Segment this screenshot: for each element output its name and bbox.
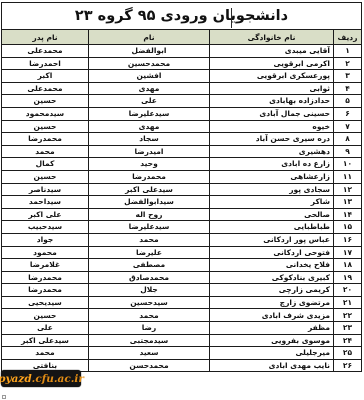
table-row: ۸دره سیری حسن آبادسجادمحمدرضا [1,133,361,146]
last-name-cell: خیوه [210,120,334,133]
last-name-cell: مزیدی شرف ابادی [210,309,334,322]
table-row: ۴ثوابیمهدیمحمدعلی [1,82,361,95]
column-header-first-name: نام [89,30,210,45]
row-number-cell: ۱۳ [334,196,362,209]
first-name-cell: روح اله [89,208,210,221]
row-number-cell: ۵ [334,95,362,108]
father-name-cell: محمدرضا [1,284,88,297]
row-number-cell: ۱۱ [334,170,362,183]
first-name-cell: محمد [89,233,210,246]
first-name-cell: محمدصادق [89,271,210,284]
table-row: ۱۸فلاح یخدانیمصطفیغلامرضا [1,259,361,272]
last-name-cell: نایب مهدی ابادی [210,359,334,372]
father-name-cell: علی اکبر [1,208,88,221]
last-name-cell: صالحی [210,208,334,221]
first-name-cell: محمدرضا [89,170,210,183]
watermark-primary-text: pyazd [0,373,32,385]
last-name-cell: اکرمی ابرقویی [210,57,334,70]
last-name-cell: ثوابی [210,82,334,95]
table-row: ۱۹کبیری بنادکوکیمحمدصادقمحمدرضا [1,271,361,284]
document-page: دانشجویان ورودی ۹۵ گروه ۲۳ ردیف نام خانو… [0,0,364,400]
father-name-cell: سیدمحمود [1,107,88,120]
table-row: ۱۷فتوحی اردکانیعلیرضامحمود [1,246,361,259]
row-number-cell: ۲۶ [334,359,362,372]
father-name-cell: کمال [1,158,88,171]
father-name-cell: حسین [1,309,88,322]
father-name-cell: محمدعلی [1,45,88,58]
table-row: ۱۵طباطباییسیدعلیرضاسیدحبیب [1,221,361,234]
last-name-cell: مظفر [210,322,334,335]
father-name-cell: حسین [1,120,88,133]
row-number-cell: ۱۲ [334,183,362,196]
first-name-cell: وحید [89,158,210,171]
father-name-cell: محمدرضا [1,133,88,146]
row-number-cell: ۲۵ [334,347,362,360]
father-name-cell: حسین [1,95,88,108]
father-name-cell: سیدحبیب [1,221,88,234]
last-name-cell: طباطبایی [210,221,334,234]
table-row: ۵حدادزاده بهابادیعلیحسین [1,95,361,108]
father-name-cell: حسین [1,170,88,183]
first-name-cell: سعید [89,347,210,360]
table-row: ۲۰کریمی زارچیجلالمحمدرضا [1,284,361,297]
father-name-cell: احمدرضا [1,57,88,70]
first-name-cell: محمدحسن [89,359,210,372]
row-number-cell: ۹ [334,145,362,158]
father-name-cell: غلامرضا [1,259,88,272]
table-row: ۲۵میرجلیلیسعیدمحمد [1,347,361,360]
table-row: ۳پورعسکری ابرقوییافشیناکبر [1,70,361,83]
column-header-last-name: نام خانوادگی [210,30,334,45]
row-number-cell: ۱۸ [334,259,362,272]
first-name-cell: سیدحسین [89,296,210,309]
row-number-cell: ۱۶ [334,233,362,246]
row-number-cell: ۱ [334,45,362,58]
first-name-cell: محمدحسین [89,57,210,70]
row-number-cell: ۲۴ [334,334,362,347]
first-name-cell: مهدی [89,120,210,133]
student-table: دانشجویان ورودی ۹۵ گروه ۲۳ ردیف نام خانو… [1,2,362,372]
title-row: دانشجویان ورودی ۹۵ گروه ۲۳ [1,3,361,30]
table-row: ۲۲مزیدی شرف ابادیمحمدحسین [1,309,361,322]
father-name-cell: جواد [1,233,88,246]
table-row: ۶حسینی جمال آبادیسیدعلیرضاسیدمحمود [1,107,361,120]
table-row: ۲اکرمی ابرقوییمحمدحسیناحمدرضا [1,57,361,70]
father-name-cell: سیدعلی اکبر [1,334,88,347]
first-name-cell: رضا [89,322,210,335]
row-number-cell: ۲۳ [334,322,362,335]
last-name-cell: دره سیری حسن آباد [210,133,334,146]
table-row: ۱۶عباس پور اردکانیمحمدجواد [1,233,361,246]
first-name-cell: علیرضا [89,246,210,259]
father-name-cell: علی [1,322,88,335]
column-header-row-number: ردیف [334,30,362,45]
last-name-cell: میرجلیلی [210,347,334,360]
last-name-cell: عباس پور اردکانی [210,233,334,246]
last-name-cell: دهشیری [210,145,334,158]
last-name-cell: حدادزاده بهابادی [210,95,334,108]
last-name-cell: زارعشاهی [210,170,334,183]
first-name-cell: سیدعلیرضا [89,221,210,234]
table-row: ۱آقایی میبدیابوالفضلمحمدعلی [1,45,361,58]
row-number-cell: ۱۰ [334,158,362,171]
page-title: دانشجویان ورودی ۹۵ گروه ۲۳ [1,3,361,30]
first-name-cell: ابوالفضل [89,45,210,58]
first-name-cell: مصطفی [89,259,210,272]
text-cursor [231,8,232,28]
last-name-cell: فلاح یخدانی [210,259,334,272]
last-name-cell: موسوی بفرویی [210,334,334,347]
row-number-cell: ۷ [334,120,362,133]
row-number-cell: ۶ [334,107,362,120]
row-number-cell: ۲۰ [334,284,362,297]
last-name-cell: زارع ده ابادی [210,158,334,171]
watermark-badge: pyazd.cfu.ac.ir [1,370,81,387]
row-number-cell: ۴ [334,82,362,95]
first-name-cell: افشین [89,70,210,83]
father-name-cell: سیدناصر [1,183,88,196]
row-number-cell: ۱۵ [334,221,362,234]
row-number-cell: ۲ [334,57,362,70]
first-name-cell: سجاد [89,133,210,146]
first-name-cell: محمد [89,309,210,322]
first-name-cell: سیدعلی اکبر [89,183,210,196]
father-name-cell: اکبر [1,70,88,83]
first-name-cell: سیدمجتبی [89,334,210,347]
table-row: ۲۱مرتضوی زارچسیدحسینسیدیحیی [1,296,361,309]
father-name-cell: محمد [1,347,88,360]
last-name-cell: سجادی پور [210,183,334,196]
last-name-cell: کبیری بنادکوکی [210,271,334,284]
father-name-cell: سیداحمد [1,196,88,209]
table-header-row: ردیف نام خانوادگی نام نام پدر [1,30,361,45]
first-name-cell: امیدرضا [89,145,210,158]
father-name-cell: محمدرضا [1,271,88,284]
table-row: ۲۴موسوی بفروییسیدمجتبیسیدعلی اکبر [1,334,361,347]
table-row: ۱۳شاکرسیدابوالفضلسیداحمد [1,196,361,209]
table-row: ۱۲سجادی پورسیدعلی اکبرسیدناصر [1,183,361,196]
table-row: ۱۴صالحیروح الهعلی اکبر [1,208,361,221]
column-header-father-name: نام پدر [1,30,88,45]
stray-checkbox-artifact [2,395,6,399]
watermark-secondary-text: .cfu.ac.ir [32,373,84,385]
last-name-cell: پورعسکری ابرقویی [210,70,334,83]
row-number-cell: ۲۲ [334,309,362,322]
last-name-cell: حسینی جمال آبادی [210,107,334,120]
page-title-text: دانشجویان ورودی ۹۵ گروه ۲۳ [75,8,288,24]
first-name-cell: مهدی [89,82,210,95]
row-number-cell: ۱۷ [334,246,362,259]
row-number-cell: ۸ [334,133,362,146]
father-name-cell: محمود [1,246,88,259]
row-number-cell: ۱۴ [334,208,362,221]
table-row: ۱۰زارع ده ابادیوحیدکمال [1,158,361,171]
father-name-cell: محمد [1,145,88,158]
father-name-cell: سیدیحیی [1,296,88,309]
last-name-cell: کریمی زارچی [210,284,334,297]
first-name-cell: سیدابوالفضل [89,196,210,209]
last-name-cell: آقایی میبدی [210,45,334,58]
first-name-cell: سیدعلیرضا [89,107,210,120]
row-number-cell: ۱۹ [334,271,362,284]
last-name-cell: فتوحی اردکانی [210,246,334,259]
table-row: ۷خیوهمهدیحسین [1,120,361,133]
father-name-cell: محمدعلی [1,82,88,95]
row-number-cell: ۳ [334,70,362,83]
last-name-cell: مرتضوی زارچ [210,296,334,309]
table-row: ۲۳مظفررضاعلی [1,322,361,335]
table-row: ۱۱زارعشاهیمحمدرضاحسین [1,170,361,183]
first-name-cell: جلال [89,284,210,297]
first-name-cell: علی [89,95,210,108]
table-row: ۹دهشیریامیدرضامحمد [1,145,361,158]
last-name-cell: شاکر [210,196,334,209]
row-number-cell: ۲۱ [334,296,362,309]
